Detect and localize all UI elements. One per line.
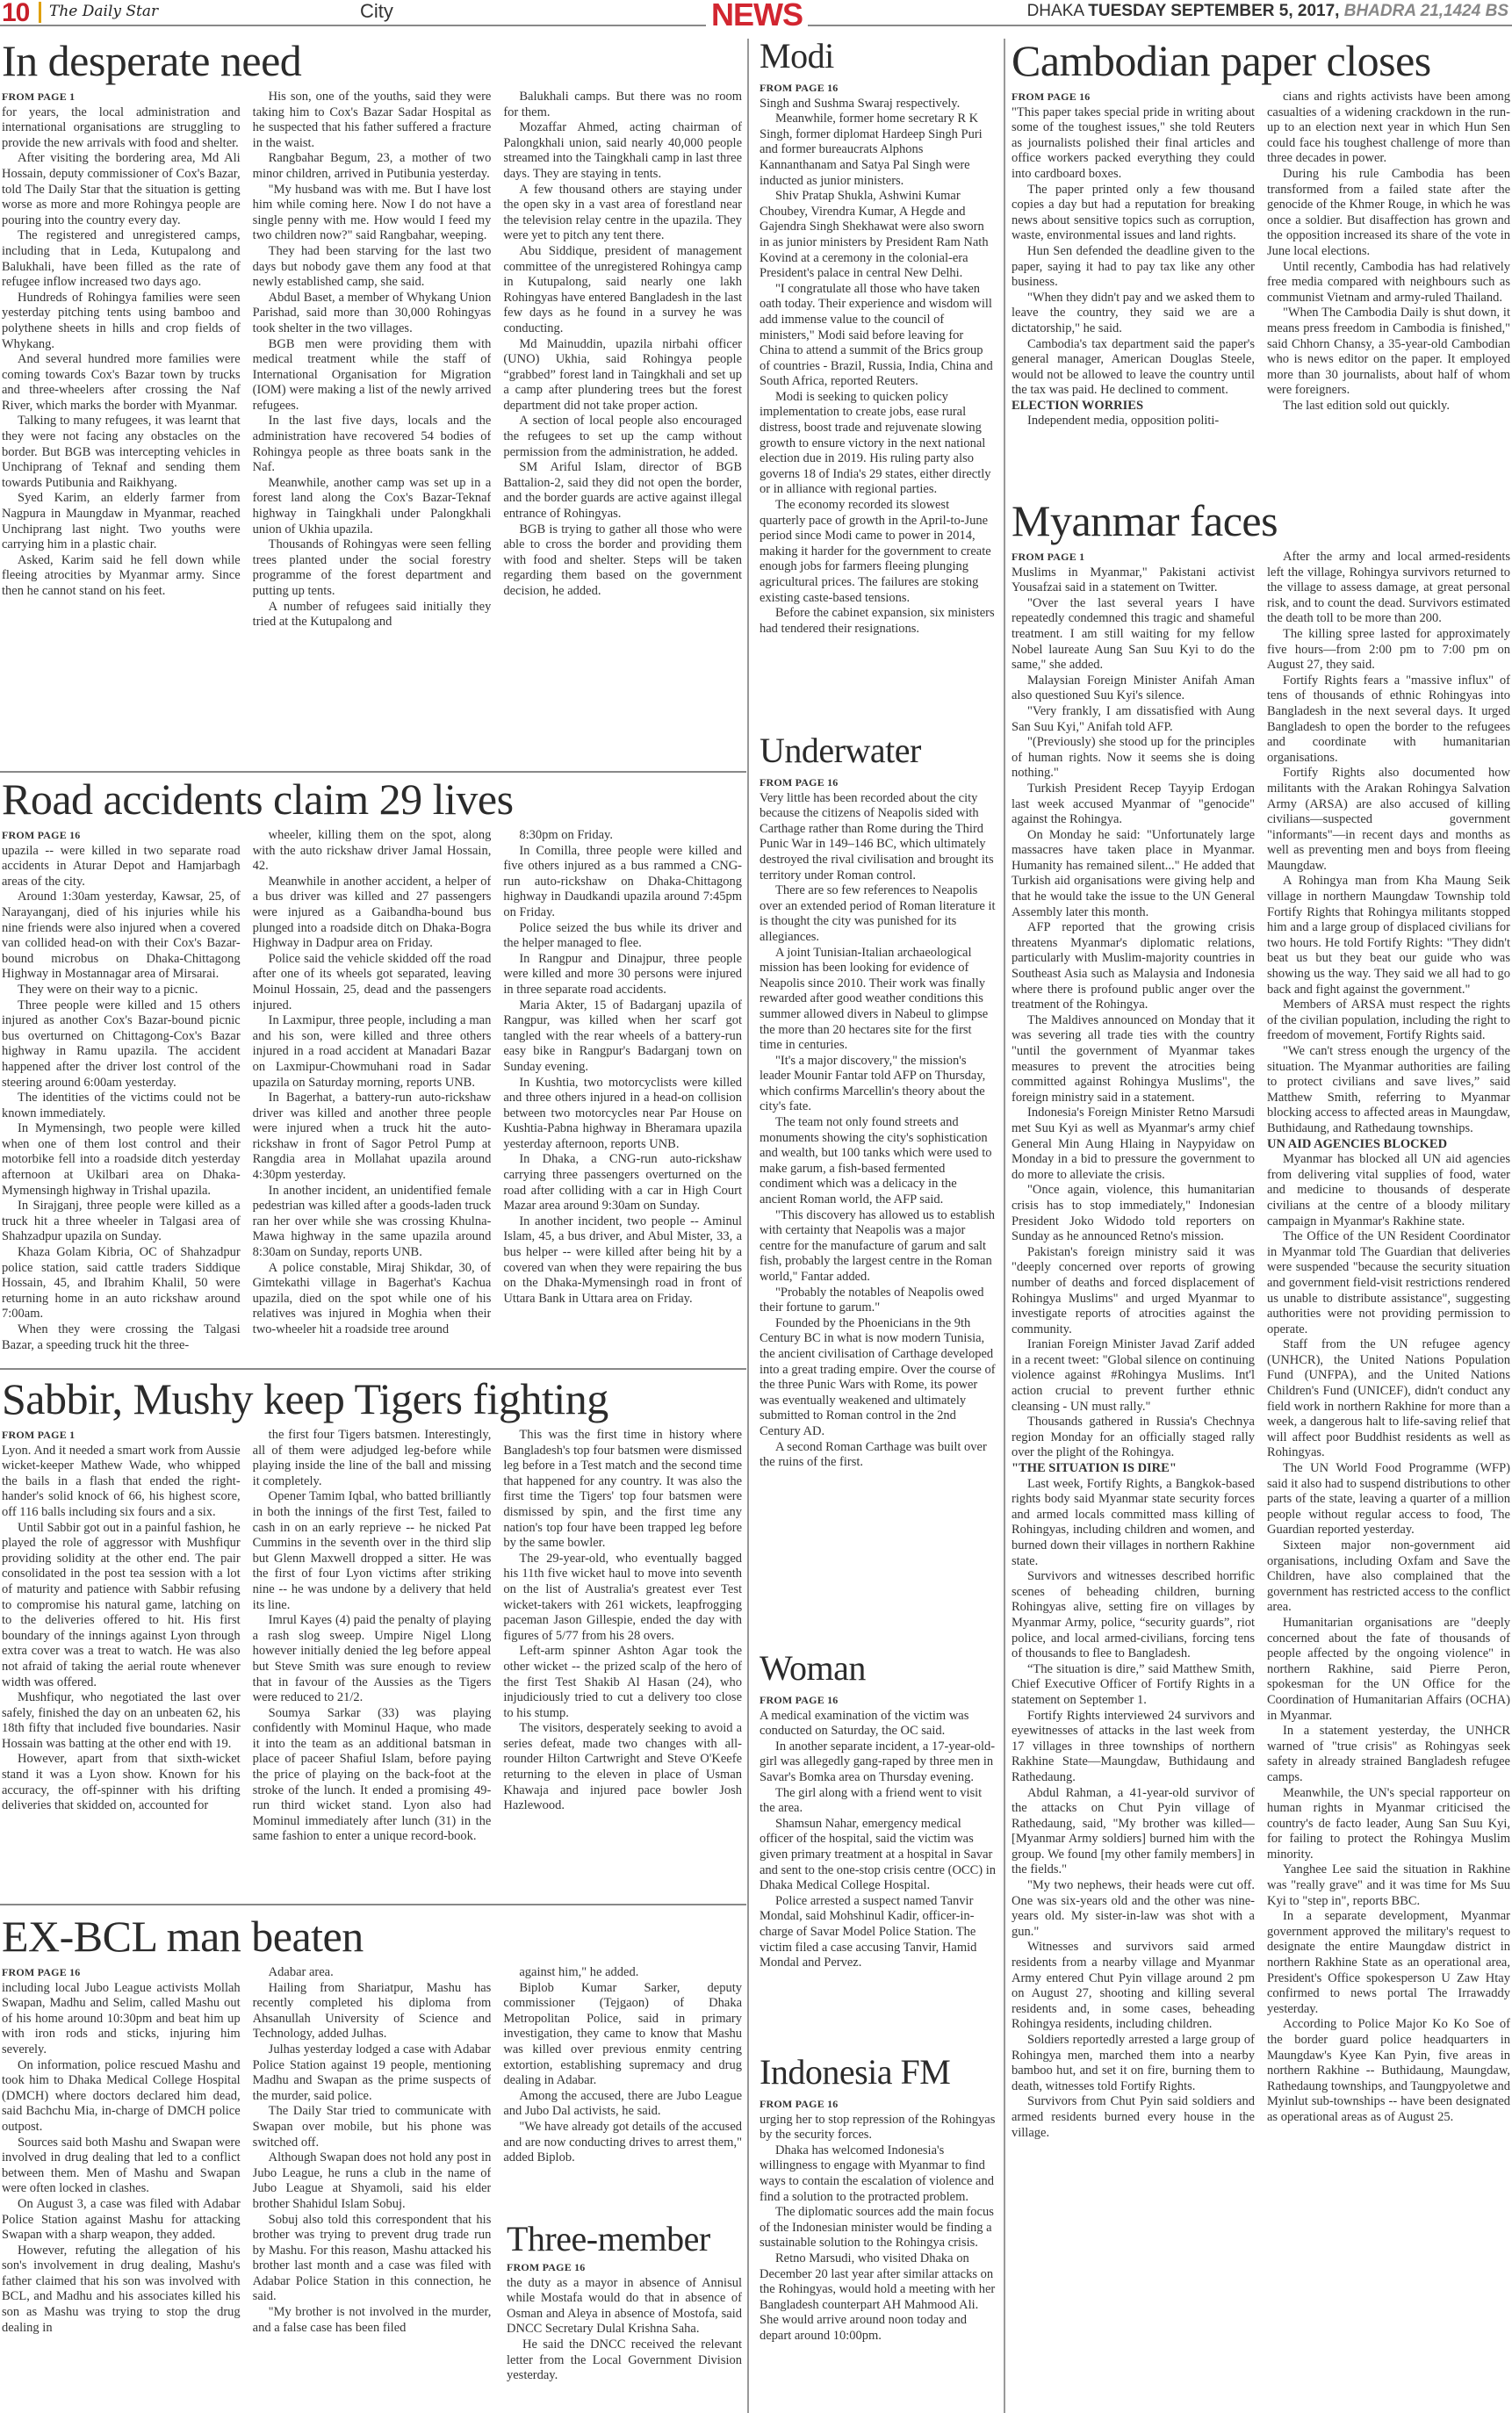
headline: Woman [760, 1651, 997, 1693]
paragraph: Meanwhile, the UN's special rapporteur o… [1267, 1786, 1510, 1863]
paragraph: However, apart from that sixth-wicket st… [2, 1752, 241, 1813]
from-page-label: FROM PAGE 1 [2, 1428, 241, 1444]
divider [0, 1368, 746, 1370]
paragraph: Rangbahar Begum, 23, a mother of two min… [253, 151, 492, 182]
paragraph: A Rohingya man from Kha Maung Seik villa… [1267, 874, 1510, 998]
text-column: FROM PAGE 16the duty as a mayor in absen… [507, 2260, 742, 2384]
headline: Indonesia FM [760, 2055, 997, 2097]
paragraph: “The situation is dire,” said Matthew Sm… [1012, 1662, 1255, 1709]
paragraph: Abdul Rahman, a 41-year-old survivor of … [1012, 1786, 1255, 1879]
paragraph: His son, one of the youths, said they we… [253, 90, 492, 151]
paragraph: AFP reported that the growing crisis thr… [1012, 920, 1255, 1013]
paragraph: wheeler, killing them on the spot, along… [253, 828, 492, 875]
paragraph: Mushfiqur, who negotiated the last over … [2, 1690, 241, 1752]
paragraph: Adabar area. [253, 1965, 492, 1981]
paragraph: Humanitarian organisations are "deeply c… [1267, 1616, 1510, 1724]
paragraph: "Once again, violence, this humanitarian… [1012, 1183, 1255, 1244]
from-page-label: FROM PAGE 1 [2, 90, 241, 105]
paragraph: In Comilla, three people were killed and… [503, 844, 742, 921]
paragraph: There are so few references to Neapolis … [760, 883, 997, 945]
paragraph: He said the DNCC received the relevant l… [507, 2337, 742, 2384]
paragraph: They had been starving for the last two … [253, 244, 492, 291]
paragraph: BGB is trying to gather all those who we… [503, 522, 742, 600]
story-body: FROM PAGE 16upazila -- were killed in tw… [2, 828, 742, 1353]
paragraph: During his rule Cambodia has been transf… [1267, 167, 1510, 260]
headline: EX-BCL man beaten [2, 1914, 742, 1965]
text-column: FROM PAGE 1Lyon. And it needed a smart w… [2, 1428, 241, 1845]
paragraph: Last week, Fortify Rights, a Bangkok-bas… [1012, 1477, 1255, 1570]
headline: Myanmar faces [1012, 499, 1510, 550]
paragraph: Abu Siddique, president of management co… [503, 244, 742, 337]
text-column: FROM PAGE 16Singh and Sushma Swaraj resp… [760, 81, 997, 637]
paragraph: Thousands of Rohingyas were seen felling… [253, 537, 492, 599]
paragraph: Shiv Pratap Shukla, Ashwini Kumar Choube… [760, 189, 997, 282]
from-page-label: FROM PAGE 16 [1012, 90, 1255, 105]
paragraph: On August 3, a case was filed with Adaba… [2, 2197, 241, 2244]
paragraph: Thousands gathered in Russia's Chechnya … [1012, 1415, 1255, 1461]
paragraph: the duty as a mayor in absence of Annisu… [507, 2276, 742, 2337]
story-cambodian-paper: Cambodian paper closes FROM PAGE 16"This… [1012, 39, 1510, 478]
paragraph: "(Previously) she stood up for the princ… [1012, 735, 1255, 782]
paragraph: "I congratulate all those who have taken… [760, 282, 997, 390]
headline: Three-member [507, 2222, 742, 2260]
text-column: Adabar area.Hailing from Shariatpur, Mas… [253, 1965, 492, 2336]
paragraph: Julhas yesterday lodged a case with Adab… [253, 2042, 492, 2104]
paragraph: Biplob Kumar Sarker, deputy commissioner… [503, 1981, 742, 2089]
paragraph: The UN World Food Programme (WFP) said i… [1267, 1461, 1510, 1538]
story-myanmar-faces: Myanmar faces FROM PAGE 1Muslims in Myan… [1012, 499, 1510, 2413]
paragraph: In a separate development, Myanmar gover… [1267, 1909, 1510, 2017]
paragraph: Police said the vehicle skidded off the … [253, 952, 492, 1013]
paragraph: In Sirajganj, three people were killed a… [2, 1199, 241, 1245]
paragraph: The 29-year-old, who eventually bagged h… [503, 1552, 742, 1645]
paragraph: upazila -- were killed in two separate r… [2, 844, 241, 890]
paragraph: Lyon. And it needed a smart work from Au… [2, 1444, 241, 1521]
paragraph: Three people were killed and 15 others i… [2, 998, 241, 1091]
paragraph: "When they didn't pay and we asked them … [1012, 291, 1255, 337]
paragraph: The economy recorded its slowest quarter… [760, 498, 997, 606]
paragraph: In Bagerhat, a battery-run auto-rickshaw… [253, 1091, 492, 1184]
paragraph: Hailing from Shariatpur, Mashu has recen… [253, 1981, 492, 2042]
paragraph: In a statement yesterday, the UNHCR warn… [1267, 1724, 1510, 1785]
paragraph: On information, police rescued Mashu and… [2, 2058, 241, 2136]
text-column: the first four Tigers batsmen. Interesti… [253, 1428, 492, 1845]
paragraph: Singh and Sushma Swaraj respectively. [760, 97, 997, 112]
text-column: FROM PAGE 16including local Jubo League … [2, 1965, 241, 2336]
paragraph: Indonesia's Foreign Minister Retno Marsu… [1012, 1106, 1255, 1183]
paragraph: Dhaka has welcomed Indonesia's willingne… [760, 2143, 997, 2205]
text-column: FROM PAGE 16A medical examination of the… [760, 1693, 997, 1971]
story-three-member: Three-member FROM PAGE 16the duty as a m… [507, 2222, 742, 2411]
paragraph: A few thousand others are staying under … [503, 183, 742, 244]
paragraph: Md Mainuddin, upazila nirbahi officer (U… [503, 337, 742, 414]
paragraph: Balukhali camps. But there was no room f… [503, 90, 742, 120]
paragraph: The visitors, desperately seeking to avo… [503, 1721, 742, 1814]
paragraph: Modi is seeking to quicken policy implem… [760, 390, 997, 498]
paragraph: Left-arm spinner Ashton Agar took the ot… [503, 1644, 742, 1721]
subheading: ELECTION WORRIES [1012, 399, 1255, 414]
paragraph: Maria Akter, 15 of Badarganj upazila of … [503, 998, 742, 1076]
paragraph: "My husband was with me. But I have lost… [253, 183, 492, 244]
paragraph: Police arrested a suspect named Tanvir M… [760, 1894, 997, 1971]
paragraph: Mozaffar Ahmed, acting chairman of Palon… [503, 120, 742, 182]
paragraph: Yanghee Lee said the situation in Rakhin… [1267, 1862, 1510, 1909]
headline: In desperate need [2, 39, 742, 90]
paragraph: Abdul Baset, a member of Whykang Union P… [253, 291, 492, 337]
paragraph: Around 1:30am yesterday, Kawsar, 25, of … [2, 890, 241, 983]
paragraph: And several hundred more families were c… [2, 352, 241, 414]
paragraph: Turkish President Recep Tayyip Erdogan l… [1012, 782, 1255, 828]
paragraph: Meanwhile in another accident, a helper … [253, 875, 492, 952]
paragraph: Witnesses and survivors said armed resid… [1012, 1940, 1255, 2033]
paragraph: Fortify Rights interviewed 24 survivors … [1012, 1709, 1255, 1786]
text-column: FROM PAGE 16"This paper takes special pr… [1012, 90, 1255, 429]
paragraph: Fortify Rights also documented how milit… [1267, 766, 1510, 874]
paragraph: Sobuj also told this correspondent that … [253, 2213, 492, 2306]
text-column: FROM PAGE 16Very little has been recorde… [760, 775, 997, 1471]
divider [0, 771, 746, 773]
paragraph: against him," he added. [503, 1965, 742, 1981]
paragraph: When they were crossing the Talgasi Baza… [2, 1322, 241, 1353]
category-label: NEWS [706, 0, 808, 33]
text-column: After the army and local armed-residents… [1267, 550, 1510, 2141]
section-label: City [360, 0, 393, 23]
from-page-label: FROM PAGE 16 [2, 1965, 241, 1981]
story-sabbir-mushy: Sabbir, Mushy keep Tigers fighting FROM … [2, 1377, 742, 1895]
story-body: FROM PAGE 1for years, the local administ… [2, 90, 742, 630]
paragraph: The identities of the victims could not … [2, 1091, 241, 1121]
masthead: 10 The Daily Star City NEWS DHAKA TUESDA… [0, 0, 1512, 26]
from-page-label: FROM PAGE 16 [760, 81, 997, 97]
paragraph: The registered and unregistered camps, i… [2, 228, 241, 290]
paragraph: In Dhaka, a CNG-run auto-rickshaw carryi… [503, 1152, 742, 1214]
story-body: FROM PAGE 16A medical examination of the… [760, 1693, 997, 1971]
paragraph: Soumya Sarkar (33) was playing confident… [253, 1706, 492, 1845]
divider [0, 1904, 746, 1905]
from-page-label: FROM PAGE 16 [760, 775, 997, 791]
paragraph: A number of refugees said initially they… [253, 600, 492, 630]
paragraph: "Probably the notables of Neapolis owed … [760, 1286, 997, 1316]
paragraph: However, refuting the allegation of his … [2, 2244, 241, 2337]
paragraph: Hundreds of Rohingya families were seen … [2, 291, 241, 352]
story-desperate-need: In desperate need FROM PAGE 1for years, … [2, 39, 742, 767]
paragraph: The diplomatic sources add the main focu… [760, 2205, 997, 2251]
text-column: 8:30pm on Friday.In Comilla, three peopl… [503, 828, 742, 1353]
paragraph: Pakistan's foreign ministry said it was … [1012, 1245, 1255, 1338]
paragraph: A second Roman Carthage was built over t… [760, 1440, 997, 1471]
text-column: FROM PAGE 16upazila -- were killed in tw… [2, 828, 241, 1353]
paragraph: The paper printed only a few thousand co… [1012, 183, 1255, 244]
dateline-date: TUESDAY SEPTEMBER 5, 2017, [1088, 2, 1339, 20]
headline: Cambodian paper closes [1012, 39, 1510, 90]
paragraph: the first four Tigers batsmen. Interesti… [253, 1428, 492, 1489]
story-body: FROM PAGE 16Singh and Sushma Swaraj resp… [760, 81, 997, 637]
story-underwater: Underwater FROM PAGE 16Very little has b… [760, 733, 997, 1603]
paragraph: The Maldives announced on Monday that it… [1012, 1013, 1255, 1106]
text-column: His son, one of the youths, said they we… [253, 90, 492, 630]
text-column: This was the first time in history where… [503, 1428, 742, 1845]
paragraph: Malaysian Foreign Minister Anifah Aman a… [1012, 673, 1255, 704]
headline: Modi [760, 39, 997, 81]
paragraph: In Laxmipur, three people, including a m… [253, 1013, 492, 1091]
paragraph: Iranian Foreign Minister Javad Zarif add… [1012, 1337, 1255, 1415]
headline: Road accidents claim 29 lives [2, 777, 742, 828]
paragraph: Khaza Golam Kibria, OC of Shahzadpur pol… [2, 1245, 241, 1322]
paragraph: The Daily Star tried to communicate with… [253, 2104, 492, 2150]
dateline: DHAKA TUESDAY SEPTEMBER 5, 2017, BHADRA … [1027, 2, 1508, 21]
subheading: "THE SITUATION IS DIRE" [1012, 1461, 1255, 1477]
from-page-label: FROM PAGE 1 [1012, 550, 1255, 565]
paragraph: "When The Cambodia Daily is shut down, i… [1267, 306, 1510, 399]
paragraph: Until Sabbir got out in a painful fashio… [2, 1521, 241, 1691]
paragraph: Members of ARSA must respect the rights … [1267, 998, 1510, 1044]
paragraph: After the army and local armed-residents… [1267, 550, 1510, 627]
paragraph: A medical examination of the victim was … [760, 1709, 997, 1740]
story-indonesia-fm: Indonesia FM FROM PAGE 16urging her to s… [760, 2055, 997, 2413]
paragraph: After visiting the bordering area, Md Al… [2, 151, 241, 228]
page-number-divider [39, 2, 41, 23]
paragraph: Until recently, Cambodia has had relativ… [1267, 260, 1510, 306]
story-body: FROM PAGE 16"This paper takes special pr… [1012, 90, 1510, 429]
paragraph: Myanmar has blocked all UN aid agencies … [1267, 1152, 1510, 1229]
paragraph: A section of local people also encourage… [503, 414, 742, 460]
from-page-label: FROM PAGE 16 [2, 828, 241, 844]
paragraph: "My two nephews, their heads were cut of… [1012, 1878, 1255, 1940]
paragraph: Muslims in Myanmar," Pakistani activist … [1012, 565, 1255, 596]
paragraph: Founded by the Phoenicians in the 9th Ce… [760, 1316, 997, 1440]
from-page-label: FROM PAGE 16 [760, 2097, 997, 2113]
column-divider [1004, 39, 1005, 2413]
headline: Underwater [760, 733, 997, 775]
paragraph: Asked, Karim said he fell down while fle… [2, 553, 241, 600]
paragraph: Sixteen major non-government aid organis… [1267, 1538, 1510, 1616]
paragraph: Sources said both Mashu and Swapan were … [2, 2136, 241, 2197]
paragraph: Survivors from Chut Pyin said soldiers a… [1012, 2094, 1255, 2141]
headline: Sabbir, Mushy keep Tigers fighting [2, 1377, 742, 1428]
paragraph: Survivors and witnesses described horrif… [1012, 1569, 1255, 1662]
newspaper-logo: The Daily Star [49, 3, 158, 20]
paragraph: In another separate incident, a 17-year-… [760, 1740, 997, 1786]
story-body: FROM PAGE 1Lyon. And it needed a smart w… [2, 1428, 742, 1845]
paragraph: The killing spree lasted for approximate… [1267, 627, 1510, 673]
paragraph: Independent media, opposition politi- [1012, 414, 1255, 429]
paragraph: Meanwhile, another camp was set up in a … [253, 476, 492, 537]
paragraph: Cambodia's tax department said the paper… [1012, 337, 1255, 399]
paragraph: On Monday he said: "Unfortunately large … [1012, 828, 1255, 921]
paragraph: In another incident, two people -- Aminu… [503, 1214, 742, 1307]
paragraph: urging her to stop repression of the Roh… [760, 2113, 997, 2143]
story-body: FROM PAGE 16urging her to stop repressio… [760, 2097, 997, 2345]
paragraph: Shamsun Nahar, emergency medical officer… [760, 1817, 997, 1894]
paragraph: Very little has been recorded about the … [760, 791, 997, 884]
story-woman: Woman FROM PAGE 16A medical examination … [760, 1651, 997, 2037]
paragraph: Fortify Rights fears a "massive influx" … [1267, 673, 1510, 767]
paragraph: Staff from the UN refugee agency (UNHCR)… [1267, 1337, 1510, 1461]
text-column: FROM PAGE 1Muslims in Myanmar," Pakistan… [1012, 550, 1255, 2141]
text-column: cians and rights activists have been amo… [1267, 90, 1510, 429]
paragraph: "It's a major discovery," the mission's … [760, 1054, 997, 1115]
story-modi: Modi FROM PAGE 16Singh and Sushma Swaraj… [760, 39, 997, 724]
paragraph: The last edition sold out quickly. [1267, 399, 1510, 414]
paragraph: In Mymensingh, two people were killed wh… [2, 1121, 241, 1199]
paragraph: The girl along with a friend went to vis… [760, 1786, 997, 1817]
paragraph: According to Police Major Ko Ko Soe of t… [1267, 2017, 1510, 2125]
dateline-bengali-date: BHADRA 21,1424 BS [1344, 2, 1508, 20]
paragraph: In Kushtia, two motorcyclists were kille… [503, 1076, 742, 1153]
paragraph: Hun Sen defended the deadline given to t… [1012, 244, 1255, 291]
paragraph: This was the first time in history where… [503, 1428, 742, 1552]
paragraph: "My brother is not involved in the murde… [253, 2305, 492, 2336]
text-column: wheeler, killing them on the spot, along… [253, 828, 492, 1353]
paragraph: including local Jubo League activists Mo… [2, 1981, 241, 2058]
paragraph: cians and rights activists have been amo… [1267, 90, 1510, 167]
column-divider [747, 39, 749, 2413]
text-column: FROM PAGE 1for years, the local administ… [2, 90, 241, 630]
subheading: UN AID AGENCIES BLOCKED [1267, 1137, 1510, 1153]
story-body: FROM PAGE 16Very little has been recorde… [760, 775, 997, 1471]
paragraph: 8:30pm on Friday. [503, 828, 742, 844]
paragraph: A joint Tunisian-Italian archaeological … [760, 946, 997, 1054]
paragraph: In the last five days, locals and the ad… [253, 414, 492, 475]
paragraph: for years, the local administration and … [2, 105, 241, 152]
from-page-label: FROM PAGE 16 [760, 1693, 997, 1709]
paragraph: Among the accused, there are Jubo League… [503, 2089, 742, 2120]
paragraph: "We have already got details of the accu… [503, 2120, 742, 2166]
from-page-label: FROM PAGE 16 [507, 2260, 742, 2276]
paragraph: In Rangpur and Dinajpur, three people we… [503, 952, 742, 998]
page-number: 10 [2, 0, 29, 28]
paragraph: Although Swapan does not hold any post i… [253, 2150, 492, 2212]
paragraph: "Very frankly, I am dissatisfied with Au… [1012, 704, 1255, 735]
paragraph: In another incident, an unidentified fem… [253, 1184, 492, 1261]
paragraph: Opener Tamim Iqbal, who batted brilliant… [253, 1489, 492, 1613]
paragraph: A police constable, Miraj Shikdar, 30, o… [253, 1261, 492, 1338]
paragraph: Retno Marsudi, who visited Dhaka on Dece… [760, 2251, 997, 2345]
paragraph: The team not only found streets and monu… [760, 1115, 997, 1208]
text-column: FROM PAGE 16urging her to stop repressio… [760, 2097, 997, 2345]
paragraph: Police seized the bus while its driver a… [503, 921, 742, 952]
story-body: FROM PAGE 16the duty as a mayor in absen… [507, 2260, 742, 2384]
paragraph: "This paper takes special pride in writi… [1012, 105, 1255, 183]
paragraph: "We can't stress enough the urgency of t… [1267, 1044, 1510, 1137]
paragraph: "Over the last several years I have repe… [1012, 596, 1255, 673]
paragraph: The Office of the UN Resident Coordinato… [1267, 1229, 1510, 1337]
paragraph: SM Ariful Islam, director of BGB Battali… [503, 460, 742, 522]
paragraph: Soldiers reportedly arrested a large gro… [1012, 2033, 1255, 2094]
dateline-city: DHAKA [1027, 2, 1084, 20]
paragraph: "This discovery has allowed us to establ… [760, 1208, 997, 1286]
paragraph: Before the cabinet expansion, six minist… [760, 606, 997, 637]
paragraph: Syed Karim, an elderly farmer from Nagpu… [2, 491, 241, 552]
text-column: Balukhali camps. But there was no room f… [503, 90, 742, 630]
story-body: FROM PAGE 1Muslims in Myanmar," Pakistan… [1012, 550, 1510, 2141]
paragraph: They were on their way to a picnic. [2, 983, 241, 998]
paragraph: Imrul Kayes (4) paid the penalty of play… [253, 1613, 492, 1706]
paragraph: Meanwhile, former home secretary R K Sin… [760, 112, 997, 189]
paragraph: Talking to many refugees, it was learnt … [2, 414, 241, 491]
story-road-accidents: Road accidents claim 29 lives FROM PAGE … [2, 777, 742, 1357]
paragraph: BGB men were providing them with medical… [253, 337, 492, 414]
